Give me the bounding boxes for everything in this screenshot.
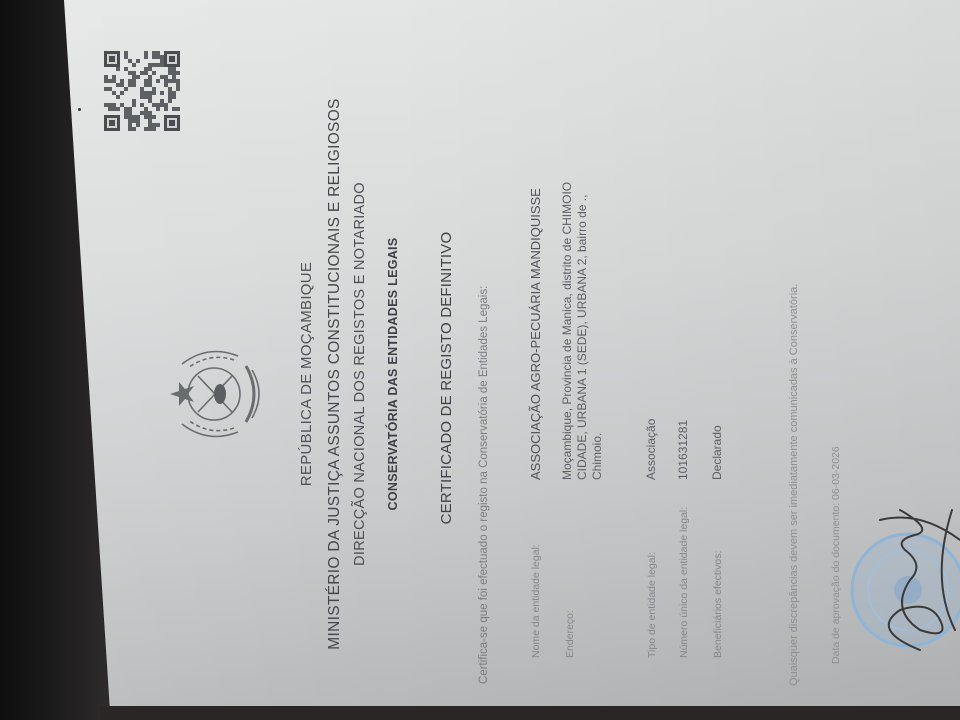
approval-date-line: Data de aprovação do documento: 06-03-20…: [830, 446, 842, 664]
qr-code-icon: [100, 47, 184, 135]
approval-date-label: Data de aprovação do documento:: [830, 503, 842, 664]
header-registry: CONSERVATÓRIA DAS ENTIDADES LEGAIS: [386, 54, 400, 694]
certification-intro: Certifica-se que foi efectuado o registo…: [478, 286, 490, 684]
header-republic: REPÚBLICA DE MOÇAMBIQUE: [298, 54, 315, 694]
field-value-address: Moçambique, Provincia de Manica, distrit…: [560, 180, 605, 480]
field-value-number: 101631281: [676, 420, 691, 480]
field-value-name: ASSOCIAÇÃO AGRO-PECUÁRIA MANDIQUISSE: [528, 160, 543, 480]
field-label-name: Nome da entidade legal:: [530, 544, 542, 658]
certificate-title: CERTIFICADO DE REGISTO DEFINITIVO: [438, 58, 455, 698]
field-value-type: Associação: [644, 419, 659, 480]
field-label-number: Número único da entidade legal:: [678, 507, 690, 658]
approval-date-value: 06-03-2026: [830, 446, 842, 500]
national-emblem-icon: [158, 336, 272, 452]
header-ministry: MINISTÉRIO DA JUSTIÇA ASSUNTOS CONSTITUC…: [326, 54, 344, 694]
field-label-address: Endereço:: [564, 610, 576, 658]
field-value-beneficiaries: Declarado: [710, 425, 725, 480]
field-label-type: Tipo de entidade legal:: [646, 552, 658, 658]
paper-speck: [78, 108, 81, 111]
table-edge: [100, 706, 960, 720]
certificate-content: REPÚBLICA DE MOÇAMBIQUE MINISTÉRIO DA JU…: [100, 40, 860, 680]
signature-icon: [860, 490, 960, 660]
field-label-beneficiaries: Beneficiários efectivos:: [712, 551, 724, 658]
header-directorate: DIRECÇÃO NACIONAL DOS REGISTOS E NOTARIA…: [352, 54, 368, 694]
discrepancy-notice: Quaisquer discrepâncias devem ser imedia…: [788, 284, 800, 686]
